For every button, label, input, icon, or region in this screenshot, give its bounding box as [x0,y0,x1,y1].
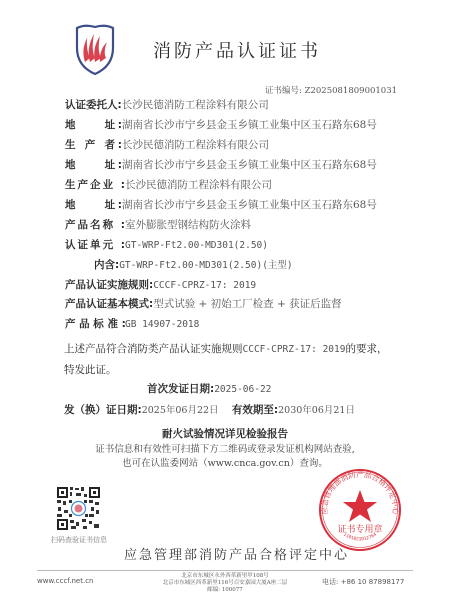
field-label: 内含: [94,258,119,272]
field-cert-unit: 认证单元 :GT-WRP-Ft2.00-MD301(2.50) [65,238,268,252]
statement-text: 上述产品符合消防类产品认证实施规则 [64,343,243,355]
issue-date-value: 2025年06月22日 [142,402,219,416]
issuing-authority: 应急管理部消防产品合格评定中心 [124,544,349,563]
field-factory-address: 地 址:湖南省长沙市宁乡县金玉乡镇工业集中区玉石路东68号 [65,198,377,212]
field-applicant: 认证委托人:长沙民德消防工程涂料有限公司 [65,98,269,112]
issue-valid-dates: 发（换）证日期:2025年06月22日 有效期至:2030年06月21日 [64,402,355,417]
field-value: 湖南省长沙市宁乡县金玉乡镇工业集中区玉石路东68号 [122,198,377,212]
field-value: 长沙民德消防工程涂料有限公司 [122,138,269,152]
fire-shield-logo-icon [73,22,117,76]
field-label: 产 品 标 准 : [65,317,125,331]
field-value: 长沙民德消防工程涂料有限公司 [125,178,272,192]
qr-code-icon[interactable] [56,486,101,531]
official-seal-icon: 应急管理部消防产品合格评定中心 证书专用章 1101021012764 [318,468,402,552]
field-value: GT-WRP-Ft2.00-MD301(2.50) [125,239,268,253]
field-label: 认证单元 : [65,238,125,252]
field-label: 地 址: [65,158,122,172]
cert-no-label: 证书编号: [265,86,302,96]
field-includes: 内含:GT-WRP-Ft2.00-MD301(2.50)(主型) [94,258,293,272]
certificate-number: 证书编号: Z2025081809001031 [265,84,397,96]
field-value: 长沙民德消防工程涂料有限公司 [122,98,269,112]
verify-note-line1: 证书信息和有效性可扫描下方二维码或登录发证机构网站查验, [0,443,450,457]
field-label: 产品名称 : [65,218,125,232]
field-value: 室外膨胀型钢结构防火涂料 [125,218,251,232]
valid-until-value: 2030年06月21日 [278,402,355,416]
footer-divider [37,570,413,571]
field-value: 型式试验 + 初始工厂检查 + 获证后监督 [153,297,341,311]
field-rules: 产品认证实施规则:CCCF-CPRZ-17: 2019 [65,278,256,292]
svg-text:证书专用章: 证书专用章 [337,523,382,535]
field-label: 地 址: [65,198,122,212]
field-factory: 生产企业 :长沙民德消防工程涂料有限公司 [65,178,272,192]
field-value: CCCF-CPRZ-17: 2019 [153,279,256,293]
report-note: 耐火试验情况详见检验报告 [0,426,450,441]
footer-phone: 电话: +86 10 87898177 [322,577,404,587]
field-value: 湖南省长沙市宁乡县金玉乡镇工业集中区玉石路东68号 [122,158,377,172]
field-label: 产品认证基本模式: [65,297,153,311]
field-label: 产品认证实施规则: [65,278,153,292]
field-label: 生产企业 : [65,178,125,192]
cert-no-value: Z2025081809001031 [305,86,397,96]
address-line2: 北京市东城区西革新里116号百安嘉园大厦A座二层 [130,580,320,587]
field-value: GT-WRP-Ft2.00-MD301(2.50)(主型) [119,259,292,273]
first-issue-value: 2025-06-22 [214,384,271,395]
statement-rule: CCCF-CPRZ-17: 2019 [243,344,346,355]
field-value: GB 14907-2018 [125,318,199,332]
footer-address: 北京市东城区永外西革新里甲108号 北京市东城区西革新里116号百安嘉园大厦A座… [130,573,320,594]
first-issue-date: 首次发证日期:2025-06-22 [147,381,271,396]
field-value: 湖南省长沙市宁乡县金玉乡镇工业集中区玉石路东68号 [122,118,377,132]
conformity-statement: 上述产品符合消防类产品认证实施规则CCCF-CPRZ-17: 2019的要求，特… [64,339,394,380]
valid-until-label: 有效期至: [232,402,278,417]
field-label: 认证委托人: [65,98,122,112]
field-mode: 产品认证基本模式:型式试验 + 初始工厂检查 + 获证后监督 [65,297,342,311]
page-title: 消防产品认证证书 [153,37,321,63]
postcode: 邮编: 100077 [130,587,320,594]
field-label: 地 址: [65,118,122,132]
field-product-name: 产品名称 :室外膨胀型钢结构防火涂料 [65,218,251,232]
field-standard: 产 品 标 准 :GB 14907-2018 [65,317,199,331]
address-line1: 北京市东城区永外西革新里甲108号 [130,573,320,580]
field-manufacturer: 生 产 者:长沙民德消防工程涂料有限公司 [65,138,269,152]
footer-website-link[interactable]: www.cccf.net.cn [37,577,93,585]
first-issue-label: 首次发证日期: [147,381,214,396]
field-label: 生 产 者: [65,138,122,152]
qr-caption: 扫码查验证书信息 [50,536,108,544]
field-applicant-address: 地 址:湖南省长沙市宁乡县金玉乡镇工业集中区玉石路东68号 [65,118,377,132]
field-manufacturer-address: 地 址:湖南省长沙市宁乡县金玉乡镇工业集中区玉石路东68号 [65,158,377,172]
issue-date-label: 发（换）证日期: [64,402,142,417]
